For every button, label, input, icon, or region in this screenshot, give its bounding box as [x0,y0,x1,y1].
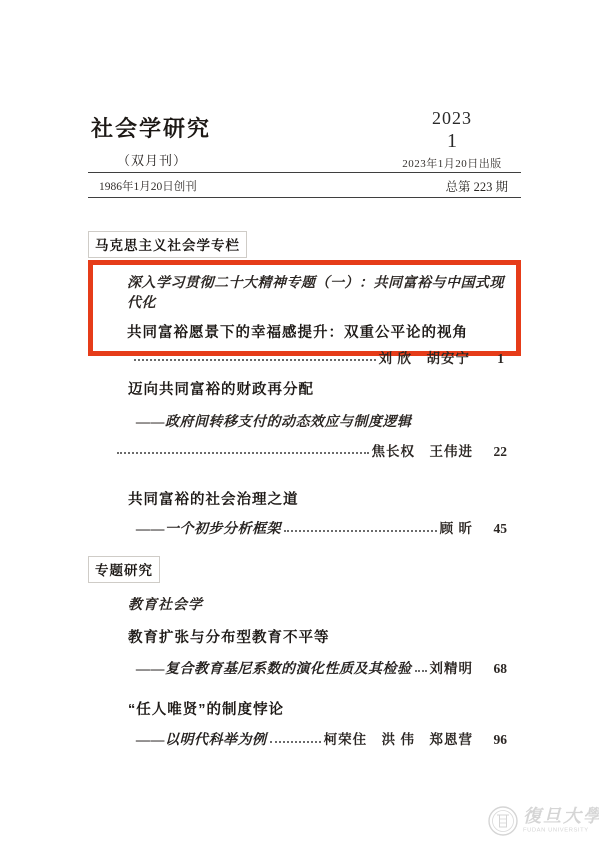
article-2-subtitle: ——政府间转移支付的动态效应与制度逻辑 [88,411,521,431]
article-4-entry-row[interactable]: ——复合教育基尼系数的演化性质及其检验 刘精明 68 [88,657,521,678]
dotted-leader [415,670,427,672]
article-2-entry-row[interactable]: 焦长权 王伟进 22 [88,440,521,460]
article-4-authors: 刘精明 [430,657,474,677]
watermark-en: FUDAN UNIVERSITY [523,827,589,833]
dotted-leader [134,359,376,361]
journal-title: 社会学研究 [91,112,211,143]
article-3-title: 共同富裕的社会治理之道 [88,488,521,509]
article-4-subtitle: ——复合教育基尼系数的演化性质及其检验 [136,658,412,678]
article-3-subtitle: ——一个初步分析框架 [136,518,281,538]
masthead-divider-bottom [88,197,521,198]
article-3-entry-row[interactable]: ——一个初步分析框架 顾 昕 45 [88,517,521,538]
issue-block: 2023 1 2023年1月20日出版 [392,108,512,171]
section-label-special-topics: 专题研究 [88,556,160,583]
article-4-page: 68 [487,661,507,677]
article-1-title: 共同富裕愿景下的幸福感提升：双重公平论的视角 [93,321,516,342]
article-5-entry-row[interactable]: ——以明代科举为例 柯荣住 洪 伟 郑恩营 96 [88,728,521,749]
founded-date: 1986年1月20日创刊 [99,178,197,194]
watermark-cn: 復旦大學 [523,802,599,828]
red-highlight-box[interactable]: 深入学习贯彻二十大精神专题（一）：共同富裕与中国式现代化 共同富裕愿景下的幸福感… [88,260,521,356]
article-5-title: “任人唯贤”的制度悖论 [88,698,521,719]
fudan-watermark: 復旦大學 FUDAN UNIVERSITY [486,800,598,840]
journal-toc-page: 社会学研究 （双月刊） 2023 1 2023年1月20日出版 1986年1月2… [0,0,599,855]
fudan-seal-icon [486,800,520,840]
dotted-leader [270,741,321,743]
publish-date: 2023年1月20日出版 [392,155,512,171]
article-5-authors: 柯荣住 洪 伟 郑恩营 [324,728,473,748]
article-5-page: 96 [487,732,507,748]
issue-number: 1 [392,131,512,151]
article-1-page: 1 [484,351,504,367]
article-5-subtitle: ——以明代科举为例 [136,729,267,749]
cumulative-issue: 总第 223 期 [445,177,508,195]
article-2-authors: 焦长权 王伟进 [372,440,474,460]
section-label-marxist-sociology: 马克思主义社会学专栏 [88,231,247,258]
article-1-entry-row[interactable]: 刘 欣 胡安宁 1 [93,347,516,367]
masthead-divider-top [88,172,521,173]
article-2[interactable]: 迈向共同富裕的财政再分配 ——政府间转移支付的动态效应与制度逻辑 焦长权 王伟进… [88,378,521,460]
dotted-leader [284,530,437,532]
article-1-topic: 深入学习贯彻二十大精神专题（一）：共同富裕与中国式现代化 [93,272,516,312]
article-4-kicker: 教育社会学 [88,594,521,614]
article-4[interactable]: 教育社会学 教育扩张与分布型教育不平等 ——复合教育基尼系数的演化性质及其检验 … [88,594,521,678]
article-3-page: 45 [487,521,507,537]
article-3-authors: 顾 昕 [440,517,473,537]
article-5[interactable]: “任人唯贤”的制度悖论 ——以明代科举为例 柯荣住 洪 伟 郑恩营 96 [88,698,521,749]
article-4-title: 教育扩张与分布型教育不平等 [88,626,521,647]
article-2-title: 迈向共同富裕的财政再分配 [88,378,521,399]
article-2-page: 22 [487,444,507,460]
article-3[interactable]: 共同富裕的社会治理之道 ——一个初步分析框架 顾 昕 45 [88,488,521,538]
article-1-authors: 刘 欣 胡安宁 [379,347,470,367]
journal-subtitle: （双月刊） [117,150,187,169]
watermark-text: 復旦大學 FUDAN UNIVERSITY [523,802,599,838]
issue-year: 2023 [392,108,512,129]
dotted-leader [117,452,369,454]
